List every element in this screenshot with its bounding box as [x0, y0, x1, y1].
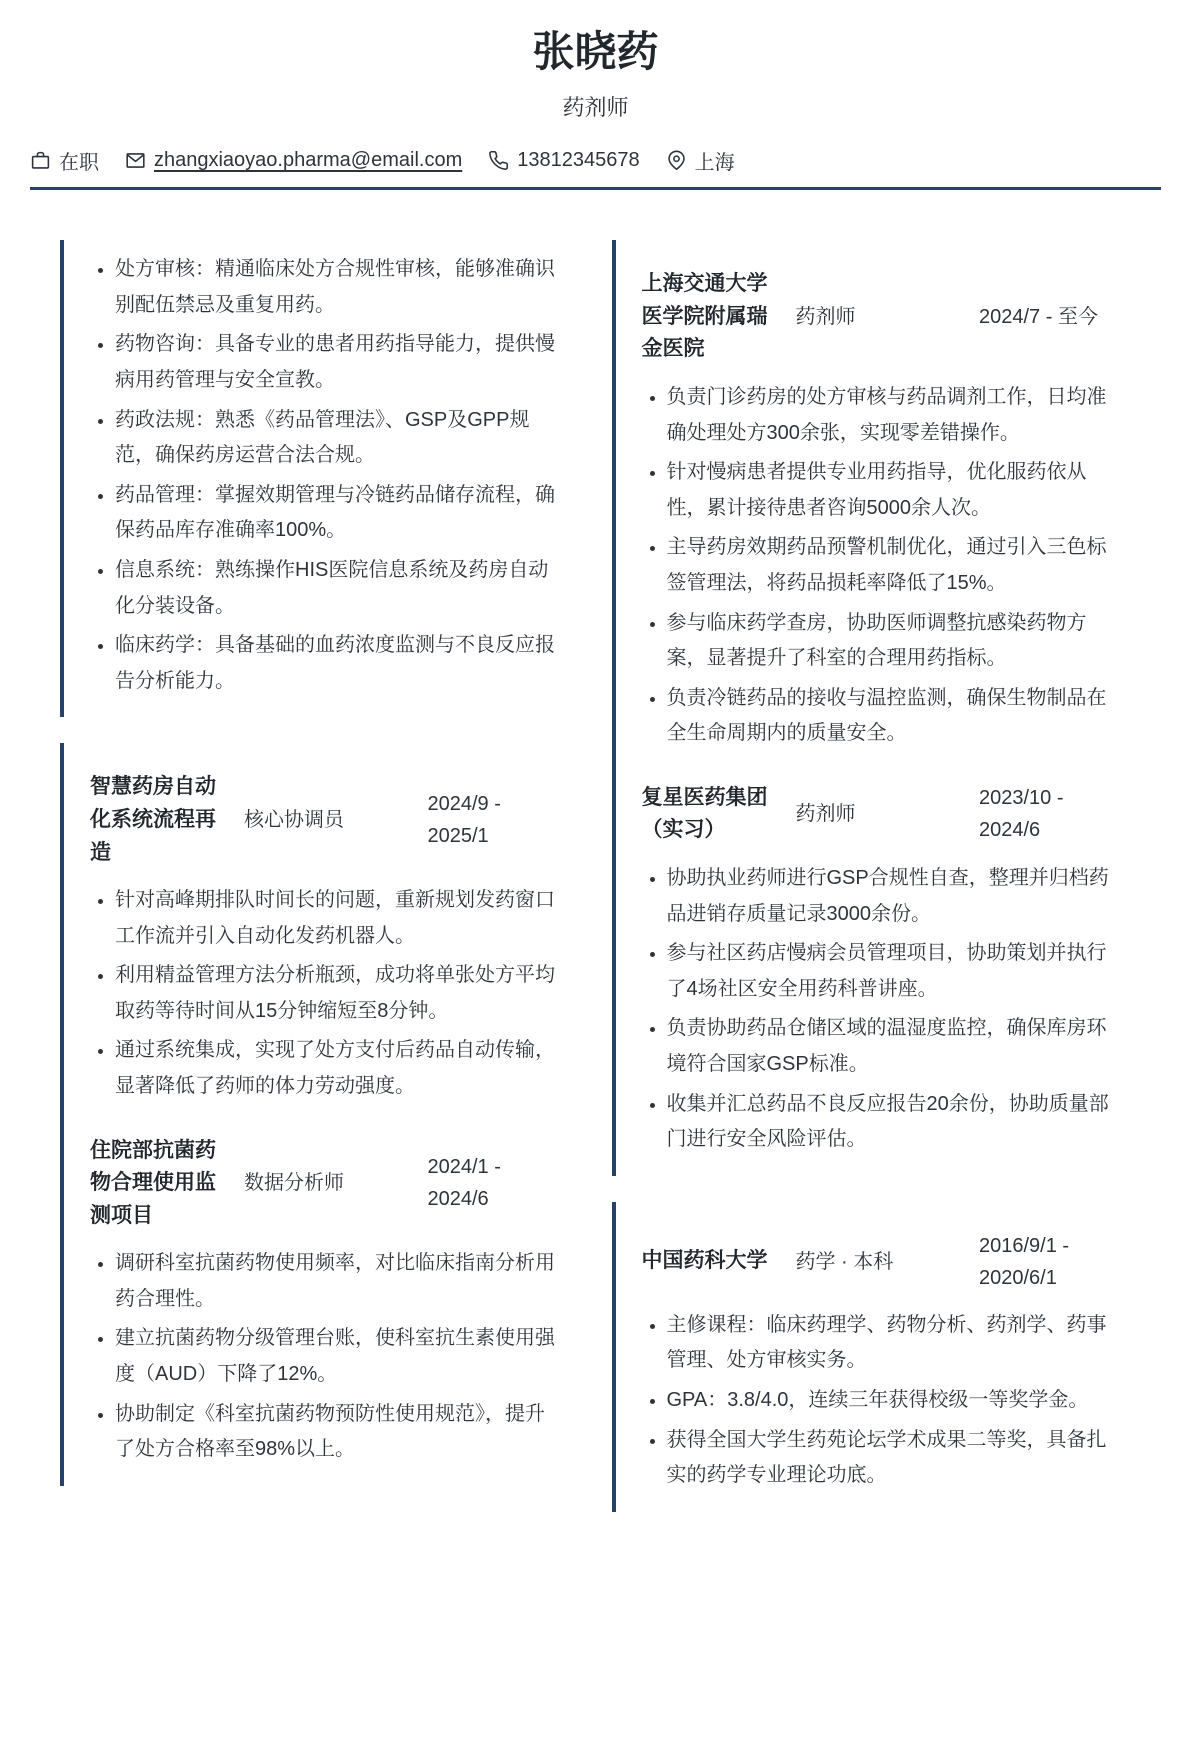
degree: 药学 · 本科: [796, 1246, 966, 1278]
bullet-item: 主导药房效期药品预警机制优化，通过引入三色标签管理法，将药品损耗率降低了15%。: [667, 530, 1110, 601]
education-entry: 中国药科大学 药学 · 本科 2016/9/1 - 2020/6/1 主修课程：…: [642, 1230, 1110, 1494]
education-dates: 2016/9/1 - 2020/6/1: [979, 1230, 1109, 1294]
resume-header: 张晓药 药剂师 在职 zhangxiaoyao.pharma@email.com…: [30, 28, 1161, 190]
location-label: 上海: [695, 146, 735, 175]
candidate-job-title: 药剂师: [30, 91, 1161, 122]
phone-icon: [488, 150, 509, 171]
bullet-item: 收集并汇总药品不良反应报告20余份，协助质量部门进行安全风险评估。: [667, 1087, 1110, 1158]
bullet-item: 参与临床药学查房，协助医师调整抗感染药物方案，显著提升了科室的合理用药指标。: [667, 606, 1110, 677]
skill-item: 药品管理：掌握效期管理与冷链药品储存流程，确保药品库存准确率100%。: [115, 478, 558, 549]
project-bullets: 针对高峰期排队时间长的问题，重新规划发药窗口工作流并引入自动化发药机器人。 利用…: [90, 883, 558, 1105]
left-column: 处方审核：精通临床处方合规性审核，能够准确识别配伍禁忌及重复用药。 药物咨询：具…: [60, 240, 580, 1511]
skills-list: 处方审核：精通临床处方合规性审核，能够准确识别配伍禁忌及重复用药。 药物咨询：具…: [90, 252, 558, 699]
entry-header: 上海交通大学医学院附属瑞金医院 药剂师 2024/7 - 至今: [642, 268, 1110, 366]
entry-header: 住院部抗菌药物合理使用监测项目 数据分析师 2024/1 - 2024/6: [90, 1135, 558, 1233]
job-role: 药剂师: [796, 798, 966, 830]
bullet-item: GPA：3.8/4.0，连续三年获得校级一等奖学金。: [667, 1383, 1110, 1419]
school-name: 中国药科大学: [642, 1245, 782, 1278]
candidate-name: 张晓药: [30, 28, 1161, 76]
job-role: 药剂师: [796, 301, 966, 333]
entry-header: 智慧药房自动化系统流程再造 核心协调员 2024/9 - 2025/1: [90, 771, 558, 869]
bullet-item: 协助执业药师进行GSP合规性自查，整理并归档药品进销存质量记录3000余份。: [667, 861, 1110, 932]
bullet-item: 针对慢病患者提供专业用药指导，优化服药依从性，累计接待患者咨询5000余人次。: [667, 455, 1110, 526]
experience-entry: 上海交通大学医学院附属瑞金医院 药剂师 2024/7 - 至今 负责门诊药房的处…: [642, 268, 1110, 752]
experience-section: 上海交通大学医学院附属瑞金医院 药剂师 2024/7 - 至今 负责门诊药房的处…: [612, 240, 1132, 1175]
right-column: 上海交通大学医学院附属瑞金医院 药剂师 2024/7 - 至今 负责门诊药房的处…: [612, 240, 1132, 1511]
job-dates: 2023/10 - 2024/6: [979, 782, 1109, 846]
contact-phone: 13812345678: [488, 149, 639, 172]
projects-section: 智慧药房自动化系统流程再造 核心协调员 2024/9 - 2025/1 针对高峰…: [60, 743, 580, 1485]
briefcase-icon: [30, 150, 51, 171]
contact-status: 在职: [30, 146, 99, 175]
bullet-item: 负责冷链药品的接收与温控监测，确保生物制品在全生命周期内的质量安全。: [667, 681, 1110, 752]
education-section: 中国药科大学 药学 · 本科 2016/9/1 - 2020/6/1 主修课程：…: [612, 1202, 1132, 1512]
project-name: 智慧药房自动化系统流程再造: [90, 771, 230, 869]
entry-header: 复星医药集团（实习） 药剂师 2023/10 - 2024/6: [642, 782, 1110, 847]
bullet-item: 建立抗菌药物分级管理台账，使科室抗生素使用强度（AUD）下降了12%。: [115, 1321, 558, 1392]
contact-status-label: 在职: [59, 146, 99, 175]
phone-number: 13812345678: [517, 149, 639, 172]
skill-item: 药政法规：熟悉《药品管理法》、GSP及GPP规范，确保药房运营合法合规。: [115, 403, 558, 474]
contact-row: 在职 zhangxiaoyao.pharma@email.com 1381234…: [30, 146, 1161, 175]
employer-name: 复星医药集团（实习）: [642, 782, 782, 847]
resume-page: 张晓药 药剂师 在职 zhangxiaoyao.pharma@email.com…: [0, 0, 1191, 1542]
header-divider: [30, 187, 1161, 190]
bullet-item: 利用精益管理方法分析瓶颈，成功将单张处方平均取药等待时间从15分钟缩短至8分钟。: [115, 958, 558, 1029]
skill-item: 处方审核：精通临床处方合规性审核，能够准确识别配伍禁忌及重复用药。: [115, 252, 558, 323]
project-dates: 2024/1 - 2024/6: [428, 1151, 558, 1215]
skill-item: 药物咨询：具备专业的患者用药指导能力，提供慢病用药管理与安全宣教。: [115, 327, 558, 398]
project-dates: 2024/9 - 2025/1: [428, 788, 558, 852]
experience-entry: 复星医药集团（实习） 药剂师 2023/10 - 2024/6 协助执业药师进行…: [642, 782, 1110, 1158]
bullet-item: 负责协助药品仓储区域的温湿度监控，确保库房环境符合国家GSP标准。: [667, 1011, 1110, 1082]
experience-bullets: 协助执业药师进行GSP合规性自查，整理并归档药品进销存质量记录3000余份。 参…: [642, 861, 1110, 1158]
bullet-item: 获得全国大学生药苑论坛学术成果二等奖，具备扎实的药学专业理论功底。: [667, 1423, 1110, 1494]
bullet-item: 调研科室抗菌药物使用频率，对比临床指南分析用药合理性。: [115, 1246, 558, 1317]
bullet-item: 参与社区药店慢病会员管理项目，协助策划并执行了4场社区安全用药科普讲座。: [667, 936, 1110, 1007]
bullet-item: 通过系统集成，实现了处方支付后药品自动传输，显著降低了药师的体力劳动强度。: [115, 1033, 558, 1104]
location-pin-icon: [666, 150, 687, 171]
contact-email: zhangxiaoyao.pharma@email.com: [125, 149, 462, 172]
project-name: 住院部抗菌药物合理使用监测项目: [90, 1135, 230, 1233]
job-dates: 2024/7 - 至今: [979, 301, 1109, 333]
skills-section: 处方审核：精通临床处方合规性审核，能够准确识别配伍禁忌及重复用药。 药物咨询：具…: [60, 240, 580, 717]
project-bullets: 调研科室抗菌药物使用频率，对比临床指南分析用药合理性。 建立抗菌药物分级管理台账…: [90, 1246, 558, 1468]
bullet-item: 主修课程：临床药理学、药物分析、药剂学、药事管理、处方审核实务。: [667, 1308, 1110, 1379]
entry-header: 中国药科大学 药学 · 本科 2016/9/1 - 2020/6/1: [642, 1230, 1110, 1294]
contact-location: 上海: [666, 146, 735, 175]
bullet-item: 针对高峰期排队时间长的问题，重新规划发药窗口工作流并引入自动化发药机器人。: [115, 883, 558, 954]
skill-item: 信息系统：熟练操作HIS医院信息系统及药房自动化分装设备。: [115, 553, 558, 624]
bullet-item: 协助制定《科室抗菌药物预防性使用规范》，提升了处方合格率至98%以上。: [115, 1397, 558, 1468]
skill-item: 临床药学：具备基础的血药浓度监测与不良反应报告分析能力。: [115, 628, 558, 699]
education-bullets: 主修课程：临床药理学、药物分析、药剂学、药事管理、处方审核实务。 GPA：3.8…: [642, 1308, 1110, 1494]
email-link[interactable]: zhangxiaoyao.pharma@email.com: [154, 149, 462, 172]
project-entry: 住院部抗菌药物合理使用监测项目 数据分析师 2024/1 - 2024/6 调研…: [90, 1135, 558, 1468]
project-entry: 智慧药房自动化系统流程再造 核心协调员 2024/9 - 2025/1 针对高峰…: [90, 771, 558, 1104]
employer-name: 上海交通大学医学院附属瑞金医院: [642, 268, 782, 366]
project-role: 数据分析师: [244, 1167, 414, 1199]
bullet-item: 负责门诊药房的处方审核与药品调剂工作，日均准确处理处方300余张，实现零差错操作…: [667, 380, 1110, 451]
columns: 处方审核：精通临床处方合规性审核，能够准确识别配伍禁忌及重复用药。 药物咨询：具…: [60, 240, 1131, 1511]
envelope-icon: [125, 150, 146, 171]
project-role: 核心协调员: [244, 804, 414, 836]
experience-bullets: 负责门诊药房的处方审核与药品调剂工作，日均准确处理处方300余张，实现零差错操作…: [642, 380, 1110, 752]
